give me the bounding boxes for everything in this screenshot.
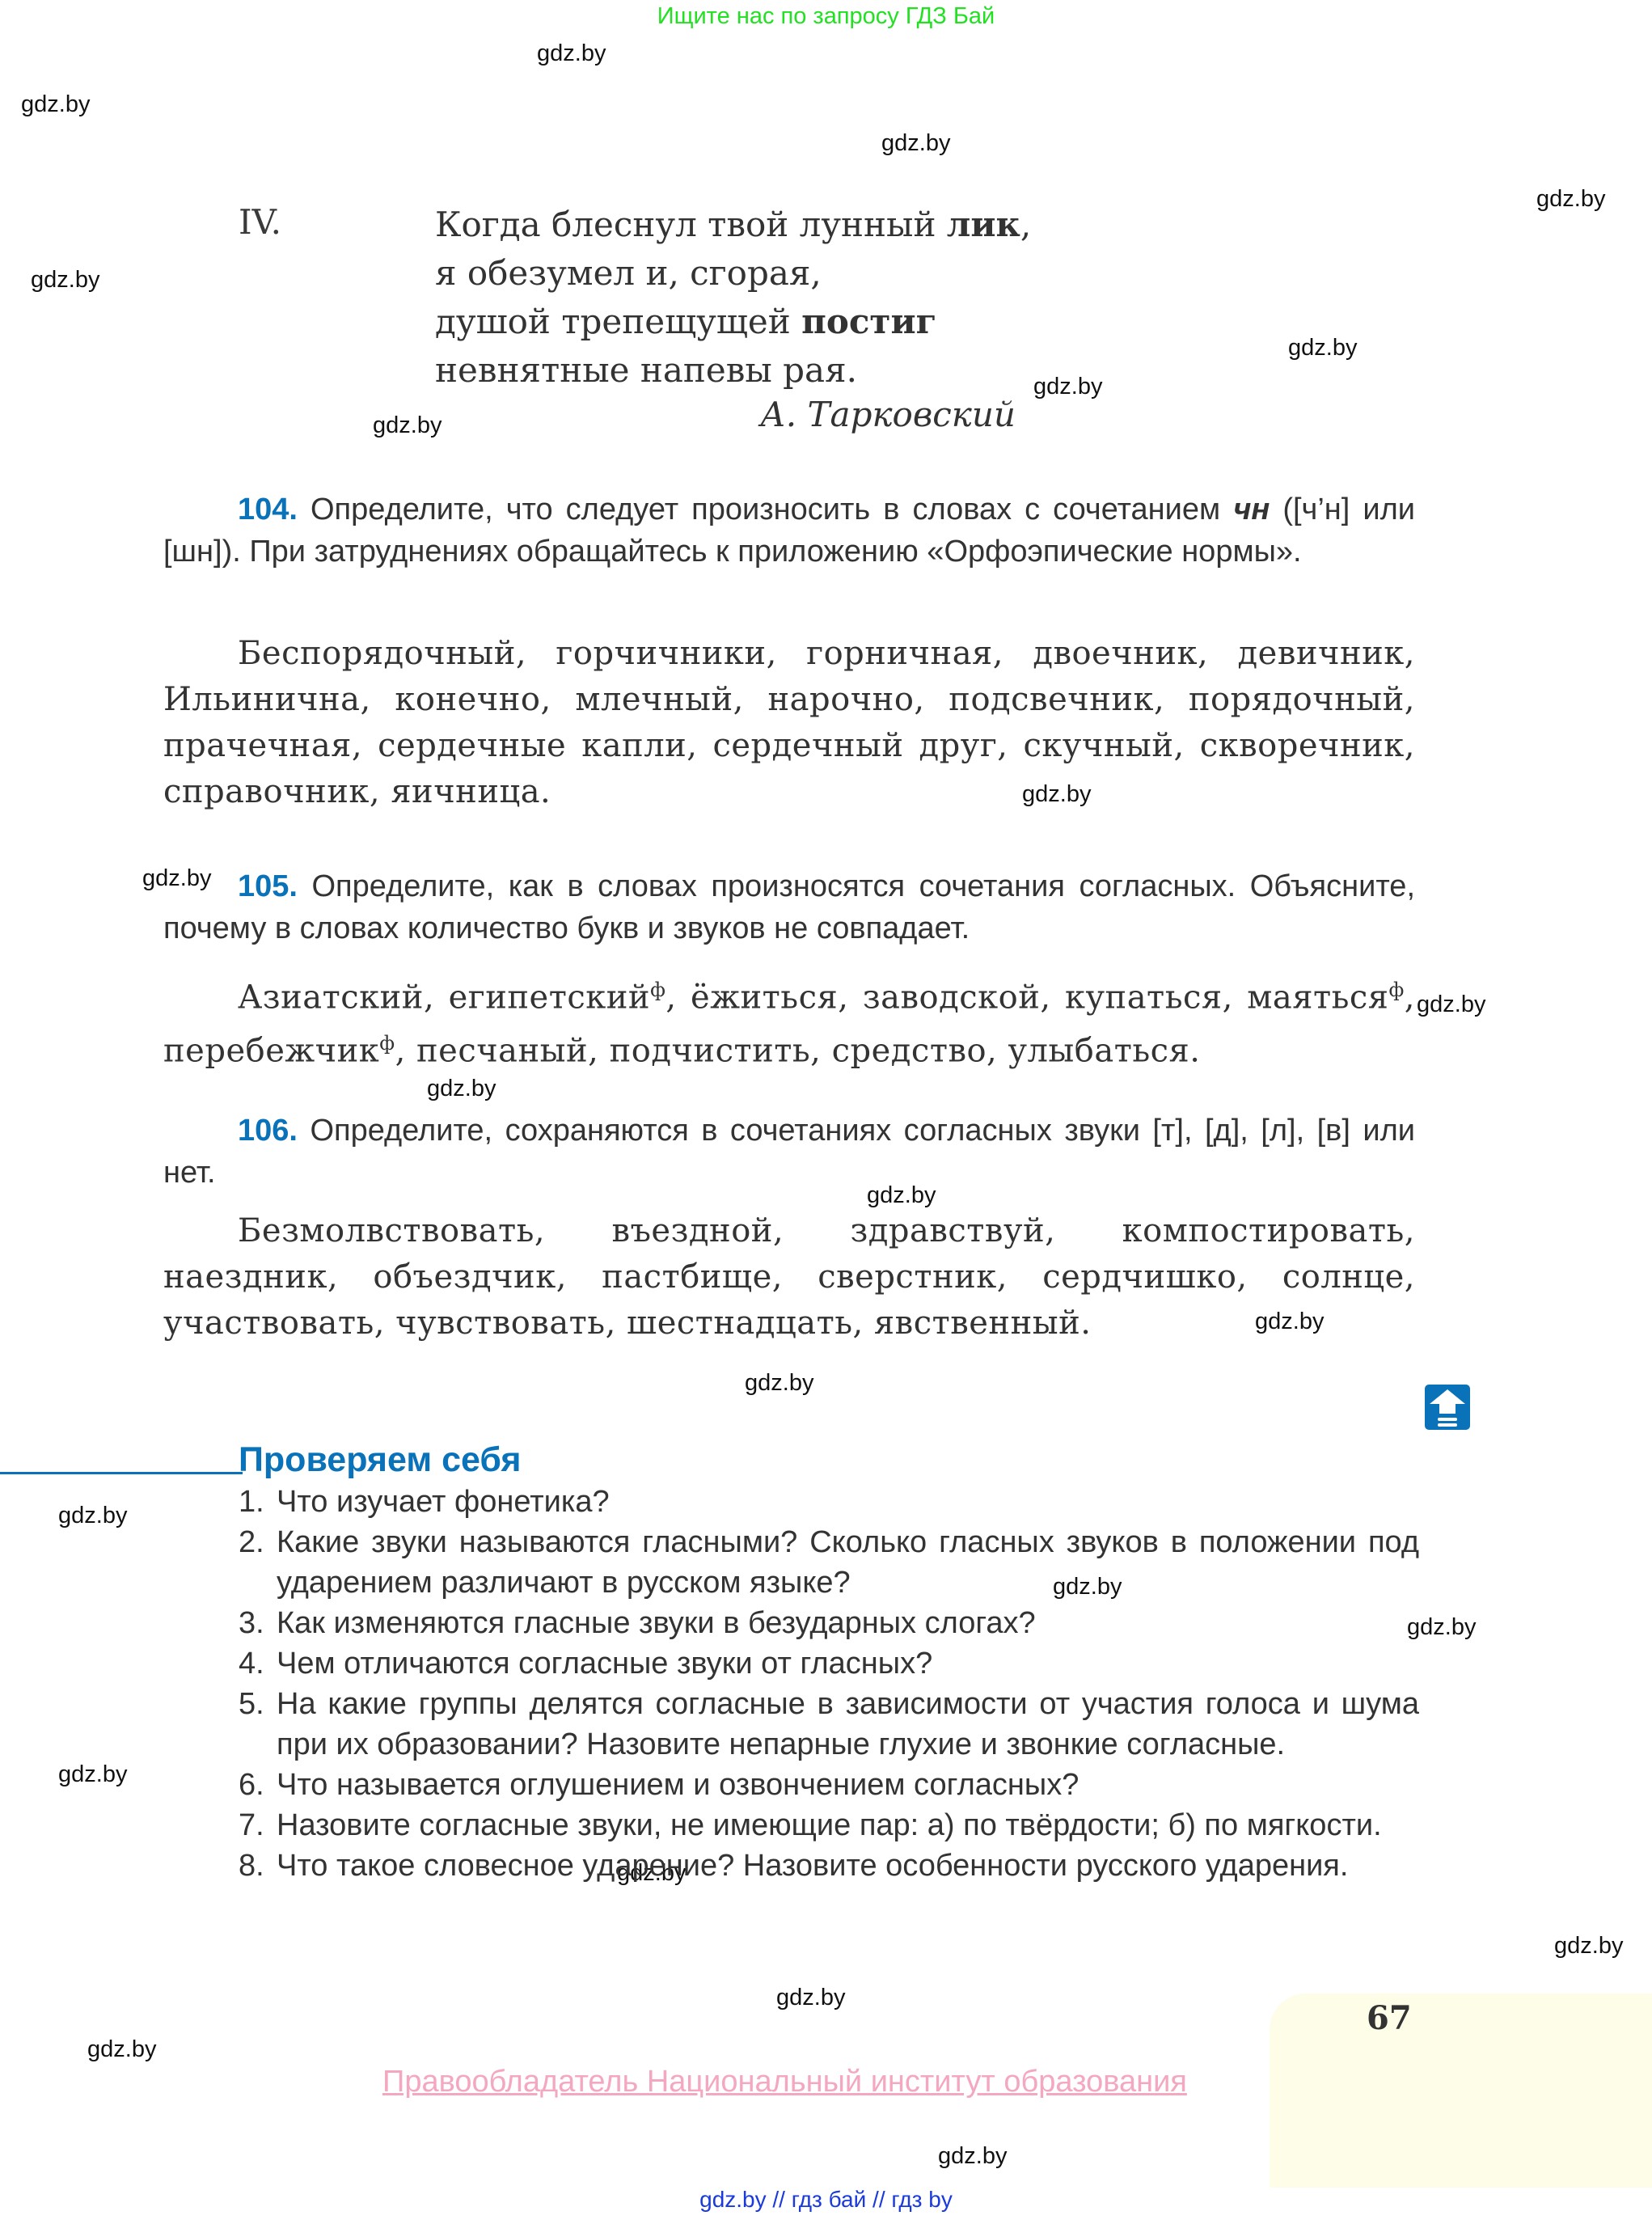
watermark: gdz.by [31, 267, 99, 294]
question-item: 1.Что изучает фонетика? [239, 1482, 1419, 1522]
section-title: Проверяем себя [239, 1440, 521, 1480]
exercise-number: 104. [238, 493, 298, 526]
exercise-105-task: 105. Определите, как в словах произносят… [163, 865, 1415, 949]
exercise-104-task: 104. Определите, что следует произносить… [163, 488, 1415, 573]
watermark: gdz.by [1536, 186, 1605, 213]
question-item: 2.Какие звуки называются гласными? Сколь… [239, 1522, 1419, 1603]
poem-author: А. Тарковский [760, 395, 1016, 434]
section-divider-line [0, 1472, 243, 1474]
exercise-number: 106. [238, 1114, 298, 1148]
footer-links[interactable]: gdz.by // гдз бай // гдз by [0, 2187, 1652, 2213]
watermark: gdz.by [776, 1985, 845, 2011]
question-item: 6.Что называется оглушением и озвончение… [239, 1765, 1419, 1805]
watermark: gdz.by [87, 2036, 156, 2063]
question-item: 3.Как изменяются гласные звуки в безудар… [239, 1603, 1419, 1643]
watermark: gdz.by [881, 130, 950, 157]
poem-line: Когда блеснул твой лунный лик, [435, 201, 1031, 249]
exercise-106-words: Безмолвствовать, въездной, здравствуй, к… [163, 1208, 1415, 1347]
poem-line: я обезумел и, сгорая, [435, 249, 1031, 298]
question-item: 4.Чем отличаются согласные звуки от глас… [239, 1643, 1419, 1684]
exercise-104-words: Беспорядочный, горчичники, горничная, дв… [163, 631, 1415, 815]
exercise-number: 105. [238, 869, 298, 903]
page-number: 67 [1367, 1999, 1412, 2037]
copyright-link[interactable]: Правообладатель Национальный институт об… [382, 2065, 1187, 2099]
question-item: 7.Назовите согласные звуки, не имеющие п… [239, 1805, 1419, 1846]
watermark: gdz.by [1033, 374, 1102, 400]
question-item: 8.Что такое словесное ударение? Назовите… [239, 1846, 1419, 1886]
poem-line: невнятные напевы рая. [435, 346, 1031, 395]
question-item: 5.На какие группы делятся согласные в за… [239, 1684, 1419, 1765]
poem-line: душой трепещущей постиг [435, 298, 1031, 346]
page-number-tab [1270, 1994, 1652, 2188]
watermark: gdz.by [58, 1503, 127, 1529]
watermark: gdz.by [537, 40, 606, 67]
watermark: gdz.by [58, 1761, 127, 1788]
watermark: gdz.by [427, 1076, 496, 1102]
repeat-arrow-up-icon [1425, 1385, 1470, 1430]
exercise-105-words: Азиатский, египетскийф, ёжиться, заводск… [163, 967, 1415, 1075]
watermark: gdz.by [21, 91, 90, 118]
watermark: gdz.by [938, 2143, 1007, 2170]
letter-combination: чн [1233, 493, 1270, 526]
watermark: gdz.by [1288, 335, 1357, 362]
top-banner: Ищите нас по запросу ГДЗ Бай [0, 3, 1652, 30]
poem-number: IV. [239, 202, 281, 242]
exercise-106-task: 106. Определите, сохраняются в сочетания… [163, 1110, 1415, 1194]
watermark: gdz.by [1417, 991, 1485, 1018]
watermark: gdz.by [373, 412, 442, 439]
watermark: gdz.by [745, 1370, 813, 1397]
watermark: gdz.by [1554, 1933, 1623, 1960]
poem: Когда блеснул твой лунный лик, я обезуме… [435, 201, 1031, 395]
question-list: 1.Что изучает фонетика? 2.Какие звуки на… [239, 1482, 1419, 1886]
